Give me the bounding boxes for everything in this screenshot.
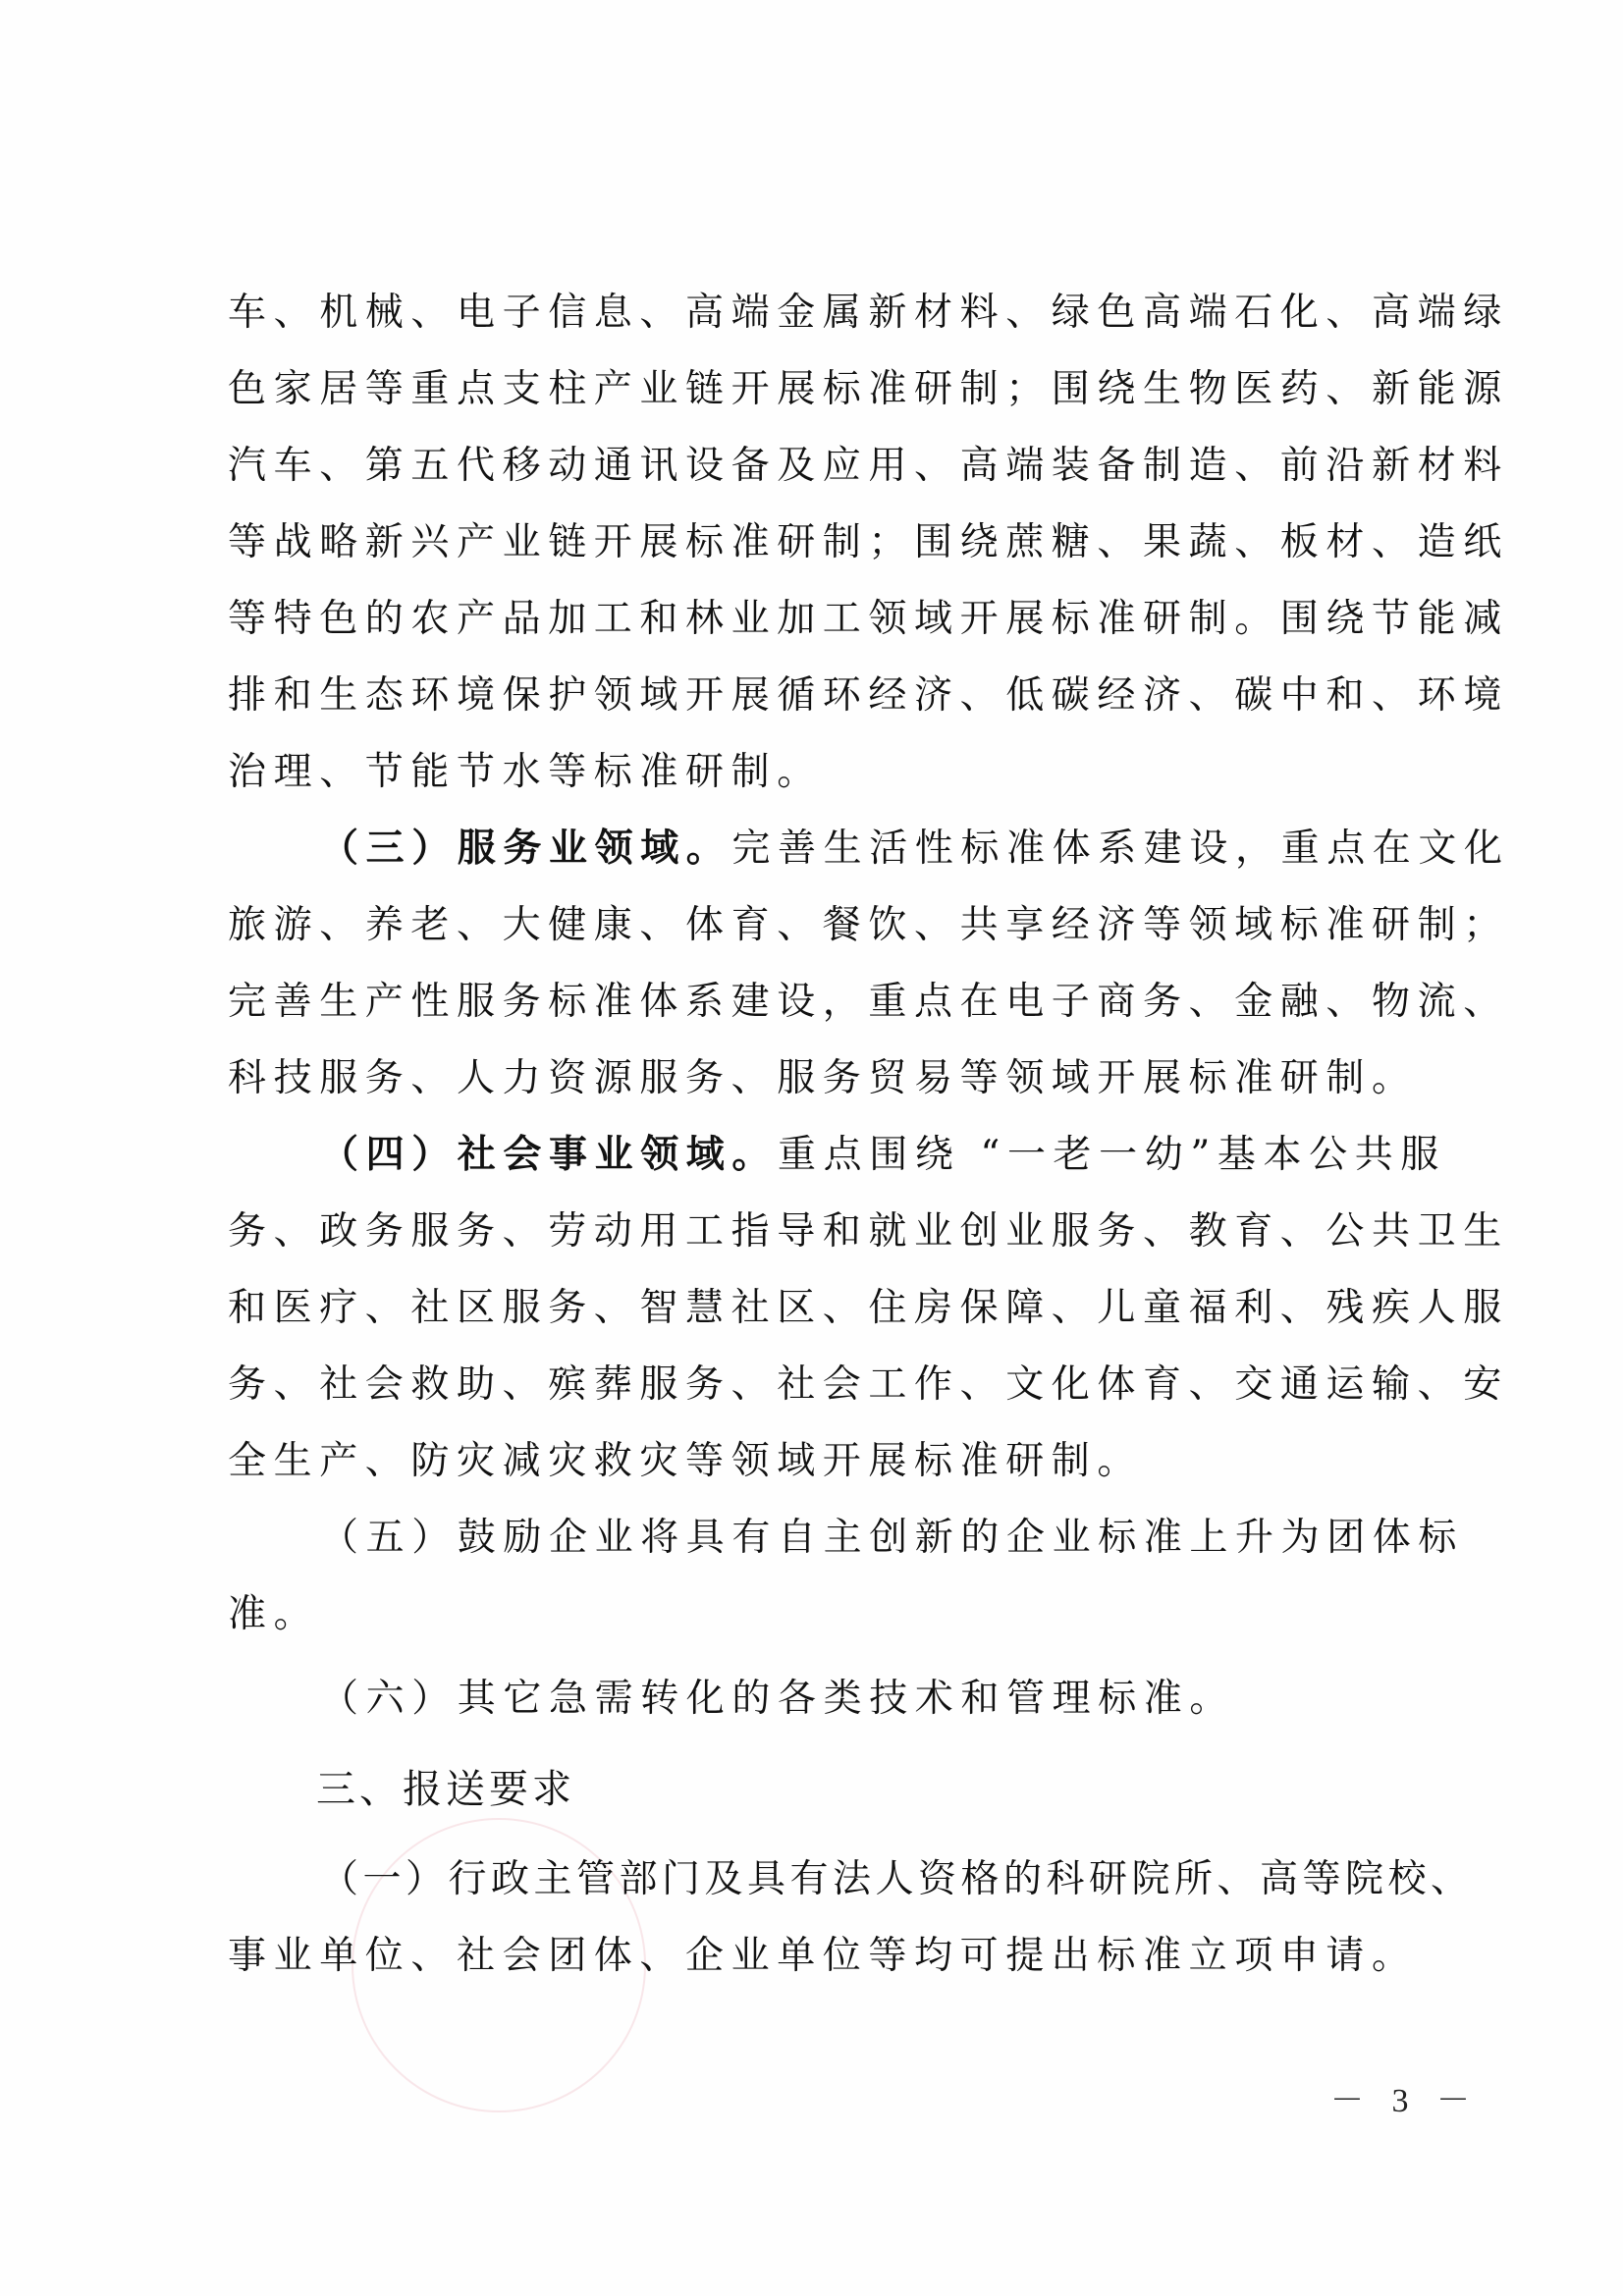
paragraph-other-standards: （六）其它急需转化的各类技术和管理标准。 [228, 1661, 1424, 1737]
text-span: 重点围绕 “一老一幼”基本公共服 [778, 1133, 1446, 1177]
text-line: （三）服务业领域。完善生活性标准体系建设，重点在文化 [228, 811, 1424, 887]
text-line: 事业单位、社会团体、企业单位等均可提出标准立项申请。 [228, 1918, 1424, 1995]
spacer [228, 1828, 1424, 1842]
text-line: 务、社会救助、殡葬服务、社会工作、文化体育、交通运输、安 [228, 1347, 1424, 1423]
page-number: － 3 － [1330, 2073, 1480, 2121]
text-span: 完善生活性标准体系建设，重点在文化 [731, 827, 1509, 871]
spacer [228, 1737, 1424, 1751]
paragraph-social-undertakings: （四）社会事业领域。重点围绕 “一老一幼”基本公共服 务、政务服务、劳动用工指导… [228, 1117, 1424, 1500]
paragraph-requirement-1: （一）行政主管部门及具有法人资格的科研院所、高等院校、 事业单位、社会团体、企业… [228, 1842, 1424, 1995]
section-lead-social: （四）社会事业领域。 [320, 1133, 778, 1177]
text-line: （一）行政主管部门及具有法人资格的科研院所、高等院校、 [228, 1842, 1424, 1918]
text-line: 汽车、第五代移动通讯设备及应用、高端装备制造、前沿新材料 [228, 428, 1424, 505]
text-line: 旅游、养老、大健康、体育、餐饮、共享经济等领域标准研制； [228, 887, 1424, 964]
text-line: 等战略新兴产业链开展标准研制；围绕蔗糖、果蔬、板材、造纸 [228, 505, 1424, 581]
document-page: 车、机械、电子信息、高端金属新材料、绿色高端石化、高端绿 色家居等重点支柱产业链… [0, 0, 1623, 2296]
section-lead-service: （三）服务业领域。 [320, 827, 731, 871]
document-body: 车、机械、电子信息、高端金属新材料、绿色高端石化、高端绿 色家居等重点支柱产业链… [228, 275, 1424, 1995]
text-line: （五）鼓励企业将具有自主创新的企业标准上升为团体标 [228, 1500, 1424, 1576]
text-line: 和医疗、社区服务、智慧社区、住房保障、儿童福利、残疾人服 [228, 1270, 1424, 1347]
text-line: 治理、节能节水等标准研制。 [228, 734, 1424, 811]
text-line: 排和生态环境保护领域开展循环经济、低碳经济、碳中和、环境 [228, 658, 1424, 734]
text-line: （四）社会事业领域。重点围绕 “一老一幼”基本公共服 [228, 1117, 1424, 1194]
paragraph-enterprise-standards: （五）鼓励企业将具有自主创新的企业标准上升为团体标 准。 [228, 1500, 1424, 1653]
text-line: 务、政务服务、劳动用工指导和就业创业服务、教育、公共卫生 [228, 1194, 1424, 1270]
section-heading-submission-requirements: 三、报送要求 [228, 1751, 1424, 1828]
paragraph-service-industry: （三）服务业领域。完善生活性标准体系建设，重点在文化 旅游、养老、大健康、体育、… [228, 811, 1424, 1117]
text-line: 完善生产性服务标准体系建设，重点在电子商务、金融、物流、 [228, 964, 1424, 1041]
text-line: 准。 [228, 1576, 1424, 1653]
text-line: 色家居等重点支柱产业链开展标准研制；围绕生物医药、新能源 [228, 351, 1424, 428]
spacer [228, 1653, 1424, 1661]
paragraph-industry-chains: 车、机械、电子信息、高端金属新材料、绿色高端石化、高端绿 色家居等重点支柱产业链… [228, 275, 1424, 811]
text-line: 等特色的农产品加工和林业加工领域开展标准研制。围绕节能减 [228, 581, 1424, 658]
text-line: （六）其它急需转化的各类技术和管理标准。 [228, 1661, 1424, 1737]
text-line: 全生产、防灾减灾救灾等领域开展标准研制。 [228, 1423, 1424, 1500]
text-line: 科技服务、人力资源服务、服务贸易等领域开展标准研制。 [228, 1041, 1424, 1117]
text-line: 车、机械、电子信息、高端金属新材料、绿色高端石化、高端绿 [228, 275, 1424, 351]
